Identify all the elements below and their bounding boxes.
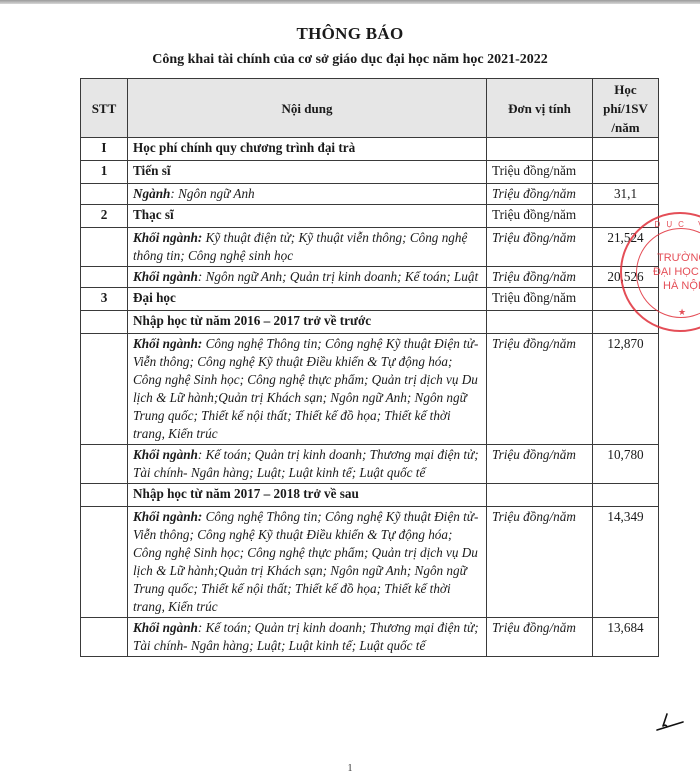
seal-line-2: ĐẠI HỌC M — [622, 266, 700, 279]
cell-unit: Triệu đồng/năm — [487, 507, 593, 618]
cell-content: Nhập học từ năm 2016 – 2017 trở về trước — [128, 311, 487, 334]
table-row: 3Đại họcTriệu đồng/năm — [81, 288, 659, 311]
table-row: Ngành: Ngôn ngữ AnhTriệu đồng/năm31,1 — [81, 184, 659, 205]
cell-fee: 10,780 — [593, 445, 659, 484]
seal-line-1: TRƯỜNG — [622, 252, 700, 265]
page-number: 1 — [0, 763, 700, 774]
cell-stt — [81, 311, 128, 334]
content-text: Tiến sĩ — [133, 163, 171, 178]
header-fee: Học phí/1SV /năm — [593, 79, 659, 138]
cell-stt — [81, 618, 128, 657]
content-label: Khối ngành — [133, 269, 198, 284]
content-label: Khối ngành: — [133, 230, 202, 245]
seal-arc-text: DỤC V — [622, 218, 700, 231]
cell-unit: Triệu đồng/năm — [487, 618, 593, 657]
cell-content: Khối ngành: Kỹ thuật điện tử; Kỹ thuật v… — [128, 228, 487, 267]
table-row: IHọc phí chính quy chương trình đại trà — [81, 138, 659, 161]
table-body: IHọc phí chính quy chương trình đại trà1… — [81, 138, 659, 657]
cell-content: Nhập học từ năm 2017 – 2018 trở về sau — [128, 484, 487, 507]
content-text: Công nghệ Thông tin; Công nghệ Kỹ thuật … — [133, 336, 478, 441]
cell-content: Đại học — [128, 288, 487, 311]
cell-unit: Triệu đồng/năm — [487, 445, 593, 484]
cell-content: Khối ngành: Công nghệ Thông tin; Công ng… — [128, 507, 487, 618]
cell-fee — [593, 484, 659, 507]
table-row: 1Tiến sĩTriệu đồng/năm — [81, 161, 659, 184]
cell-stt: 1 — [81, 161, 128, 184]
cell-content: Học phí chính quy chương trình đại trà — [128, 138, 487, 161]
cell-unit: Triệu đồng/năm — [487, 161, 593, 184]
content-label: Khối ngành — [133, 447, 198, 462]
cell-fee: 13,684 — [593, 618, 659, 657]
cell-fee: 31,1 — [593, 184, 659, 205]
viewer-top-edge — [0, 0, 700, 4]
cell-unit — [487, 311, 593, 334]
content-label: Khối ngành: — [133, 336, 202, 351]
header-content: Nội dung — [128, 79, 487, 138]
content-text: Đại học — [133, 290, 176, 305]
cell-content: Tiến sĩ — [128, 161, 487, 184]
content-label: Khối ngành: — [133, 509, 202, 524]
content-label: Khối ngành — [133, 620, 198, 635]
content-text: : Ngôn ngữ Anh; Quản trị kinh doanh; Kế … — [198, 269, 478, 284]
document-title: THÔNG BÁO — [0, 24, 700, 44]
tuition-fee-table: STT Nội dung Đơn vị tính Học phí/1SV /nă… — [80, 78, 659, 657]
cell-unit — [487, 484, 593, 507]
cell-content: Khối ngành: Kế toán; Quản trị kinh doanh… — [128, 618, 487, 657]
seal-star-icon: ★ — [622, 306, 700, 319]
cell-unit: Triệu đồng/năm — [487, 288, 593, 311]
content-text: Nhập học từ năm 2016 – 2017 trở về trước — [133, 313, 371, 328]
cell-stt — [81, 507, 128, 618]
cell-stt: 3 — [81, 288, 128, 311]
table-row: 2Thạc sĩTriệu đồng/năm — [81, 205, 659, 228]
table-row: Khối ngành: Công nghệ Thông tin; Công ng… — [81, 334, 659, 445]
content-text: Thạc sĩ — [133, 207, 174, 222]
cell-unit: Triệu đồng/năm — [487, 267, 593, 288]
cell-fee — [593, 161, 659, 184]
cell-fee: 14,349 — [593, 507, 659, 618]
table-row: Nhập học từ năm 2017 – 2018 trở về sau — [81, 484, 659, 507]
cell-content: Khối ngành: Công nghệ Thông tin; Công ng… — [128, 334, 487, 445]
cell-stt — [81, 445, 128, 484]
cell-stt — [81, 334, 128, 445]
table-row: Khối ngành: Công nghệ Thông tin; Công ng… — [81, 507, 659, 618]
header-unit: Đơn vị tính — [487, 79, 593, 138]
cell-unit: Triệu đồng/năm — [487, 334, 593, 445]
seal-line-3: HÀ NỘI — [622, 280, 700, 293]
cell-unit: Triệu đồng/năm — [487, 228, 593, 267]
document-subtitle: Công khai tài chính của cơ sở giáo dục đ… — [0, 52, 700, 68]
cell-unit: Triệu đồng/năm — [487, 205, 593, 228]
content-label: Ngành — [133, 186, 170, 201]
cell-fee — [593, 138, 659, 161]
cell-stt: I — [81, 138, 128, 161]
official-seal-stamp: DỤC V TRƯỜNG ĐẠI HỌC M HÀ NỘI ★ — [620, 212, 700, 332]
signature-mark-icon — [655, 712, 685, 732]
table-header-row: STT Nội dung Đơn vị tính Học phí/1SV /nă… — [81, 79, 659, 138]
cell-unit — [487, 138, 593, 161]
table-row: Khối ngành: Kế toán; Quản trị kinh doanh… — [81, 618, 659, 657]
table-row: Khối ngành: Kế toán; Quản trị kinh doanh… — [81, 445, 659, 484]
cell-stt — [81, 484, 128, 507]
table-row: Khối ngành: Kỹ thuật điện tử; Kỹ thuật v… — [81, 228, 659, 267]
cell-unit: Triệu đồng/năm — [487, 184, 593, 205]
content-text: Công nghệ Thông tin; Công nghệ Kỹ thuật … — [133, 509, 478, 614]
cell-stt: 2 — [81, 205, 128, 228]
cell-stt — [81, 184, 128, 205]
cell-content: Ngành: Ngôn ngữ Anh — [128, 184, 487, 205]
cell-stt — [81, 267, 128, 288]
header-stt: STT — [81, 79, 128, 138]
cell-fee: 12,870 — [593, 334, 659, 445]
content-text: Nhập học từ năm 2017 – 2018 trở về sau — [133, 486, 359, 501]
content-text: Học phí chính quy chương trình đại trà — [133, 140, 355, 155]
cell-content: Khối ngành: Ngôn ngữ Anh; Quản trị kinh … — [128, 267, 487, 288]
cell-content: Thạc sĩ — [128, 205, 487, 228]
content-text: : Ngôn ngữ Anh — [170, 186, 254, 201]
table-row: Khối ngành: Ngôn ngữ Anh; Quản trị kinh … — [81, 267, 659, 288]
cell-stt — [81, 228, 128, 267]
cell-content: Khối ngành: Kế toán; Quản trị kinh doanh… — [128, 445, 487, 484]
table-row: Nhập học từ năm 2016 – 2017 trở về trước — [81, 311, 659, 334]
